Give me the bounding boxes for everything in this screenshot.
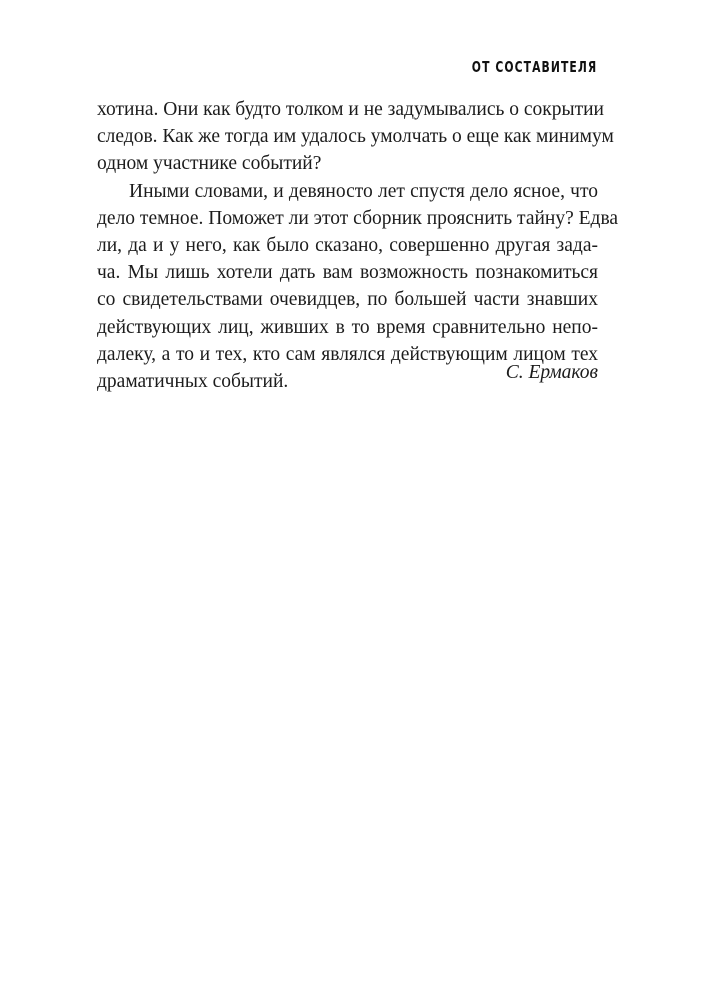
text-line: хотина. Они как будто толком и не задумы… xyxy=(97,96,598,123)
paragraph-1: хотина. Они как будто толком и не задумы… xyxy=(97,96,598,178)
text-line: ча. Мы лишь хотели дать вам возможность … xyxy=(97,259,598,286)
author-signature: С. Ермаков xyxy=(506,362,598,384)
body-text: хотина. Они как будто толком и не задумы… xyxy=(97,96,598,395)
text-line: одном участнике событий? xyxy=(97,150,598,177)
text-line: следов. Как же тогда им удалось умолчать… xyxy=(97,123,598,150)
text-line: дело темное. Поможет ли этот сборник про… xyxy=(97,205,598,232)
text-line: Иными словами, и девяносто лет спустя де… xyxy=(97,178,598,205)
running-header: ОТ СОСТАВИТЕЛЯ xyxy=(472,58,597,76)
text-line: со свидетельствами очевидцев, по большей… xyxy=(97,286,598,313)
text-line: ли, да и у него, как было сказано, совер… xyxy=(97,232,598,259)
text-line: действующих лиц, живших в то время сравн… xyxy=(97,314,598,341)
